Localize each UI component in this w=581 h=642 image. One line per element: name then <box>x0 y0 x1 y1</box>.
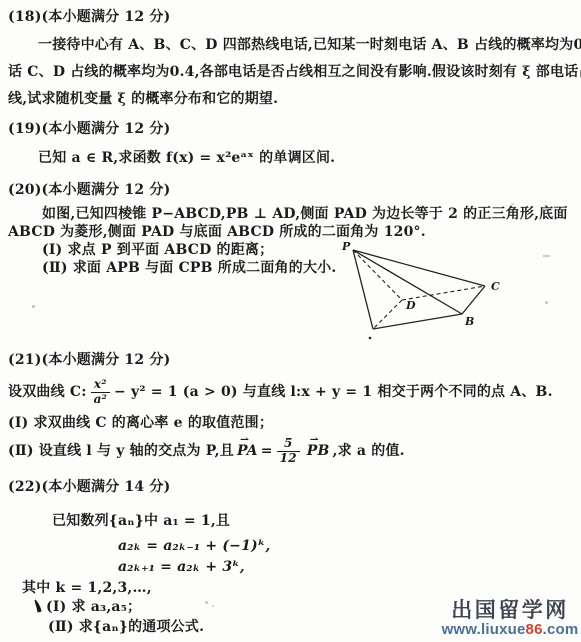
problem-20-item-2: (Ⅱ) 求面 APB 与面 CPB 所成二面角的大小. <box>42 259 336 277</box>
problem-22-header: (22)(本小题满分 14 分) <box>8 478 170 496</box>
watermark-url-number: 86 <box>526 621 543 638</box>
problem-20-header: (20)(本小题满分 12 分) <box>8 181 170 199</box>
equals-sign: = <box>261 442 273 460</box>
scan-speck <box>205 601 208 604</box>
problem-20-item-1: (Ⅰ) 求点 P 到平面 ABCD 的距离； <box>42 241 273 259</box>
ink-blot-mark <box>34 599 43 618</box>
vertex-label-c: C <box>491 280 500 293</box>
vertex-label-p: P <box>341 240 351 253</box>
vertex-label-d: D <box>405 299 416 312</box>
problem-21-intro-prefix: 设双曲线 C: <box>8 383 87 401</box>
scan-speck <box>32 305 35 308</box>
problem-18-header: (18)(本小题满分 12 分) <box>8 8 170 26</box>
edge-pc <box>353 250 485 286</box>
fraction-numerator: x² <box>91 378 110 392</box>
problem-21-item-1: (Ⅰ) 求双曲线 C 的离心率 e 的取值范围； <box>8 414 273 432</box>
vector-pb: PB <box>307 442 330 460</box>
problem-18-text-line-3: 线,试求随机变量 ξ 的概率分布和它的期望. <box>8 90 278 108</box>
scan-speck <box>543 255 550 257</box>
watermark-url-suffix: .com <box>543 621 579 638</box>
problem-22-recurrence-2: a₂ₖ₊₁ = a₂ₖ + 3ᵏ, <box>118 558 245 576</box>
problem-22-item-1-row: (Ⅰ) 求 a₃,a₅； <box>34 598 141 618</box>
problem-18-text-line-1: 一接待中心有 A、B、C、D 四部热线电话,已知某一时刻电话 A、B 占线的概率… <box>38 36 581 54</box>
stray-dot <box>369 337 372 340</box>
fraction-denominator: a² <box>91 392 110 407</box>
problem-22-text-line-2: 其中 k = 1,2,3,…, <box>22 579 152 597</box>
fraction-denominator: 12 <box>277 451 300 466</box>
scan-speck <box>212 605 214 607</box>
edge-bc <box>462 286 485 314</box>
fraction-5-over-12: 5 12 <box>277 437 300 466</box>
exam-paper-page: { "problems": { "p18": { "header": "(18)… <box>0 0 581 642</box>
problem-22-item-2: (Ⅱ) 求{aₙ}的通项公式. <box>48 618 204 636</box>
problem-20-text-line-1: 如图,已知四棱锥 P−ABCD,PB ⊥ AD,侧面 PAD 为边长等于 2 的… <box>42 205 568 223</box>
edge-pa <box>353 250 373 329</box>
problem-21-intro-suffix: − y² = 1 (a > 0) 与直线 l:x + y = 1 相交于两个不同… <box>114 383 553 401</box>
problem-22-recurrence-1: a₂ₖ = a₂ₖ₋₁ + (−1)ᵏ, <box>118 537 270 555</box>
problem-21-item-2: (Ⅱ) 设直线 l 与 y 轴的交点为 P,且 PA = 5 12 PB ,求 … <box>8 437 405 465</box>
vector-pa: PA <box>237 442 258 460</box>
edge-dc-dashed <box>402 286 485 300</box>
problem-21-intro: 设双曲线 C: x² a² − y² = 1 (a > 0) 与直线 l:x +… <box>8 376 553 408</box>
problem-22-item-1: (Ⅰ) 求 a₃,a₅； <box>46 599 141 615</box>
problem-21-item-2-prefix: (Ⅱ) 设直线 l 与 y 轴的交点为 P,且 <box>8 442 234 460</box>
problem-18-text-line-2: 话 C、D 占线的概率均为0.4,各部电话是否占线相互之间没有影响.假设该时刻有… <box>8 63 581 81</box>
problem-21-header: (21)(本小题满分 12 分) <box>8 351 170 369</box>
pyramid-figure: P C B D <box>330 238 510 350</box>
fraction-numerator: 5 <box>281 437 296 451</box>
problem-19-text-line-1: 已知 a ∈ R,求函数 f(x) = x²eᵃˣ 的单调区间. <box>38 149 335 167</box>
problem-22-text-line-1: 已知数列{aₙ}中 a₁ = 1,且 <box>52 512 230 530</box>
watermark: 出国留学网 www.liuxue86.com <box>440 599 580 638</box>
watermark-url-prefix: www.liuxue <box>442 621 526 638</box>
problem-19-header: (19)(本小题满分 12 分) <box>8 120 170 138</box>
problem-21-item-2-suffix: ,求 a 的值. <box>333 442 405 460</box>
fraction-x2-over-a2: x² a² <box>91 378 110 407</box>
watermark-site-url: www.liuxue86.com <box>440 622 580 638</box>
watermark-site-name: 出国留学网 <box>440 599 580 622</box>
vertex-label-b: B <box>464 315 474 328</box>
scan-speck <box>545 301 548 304</box>
scan-speck <box>511 203 514 205</box>
